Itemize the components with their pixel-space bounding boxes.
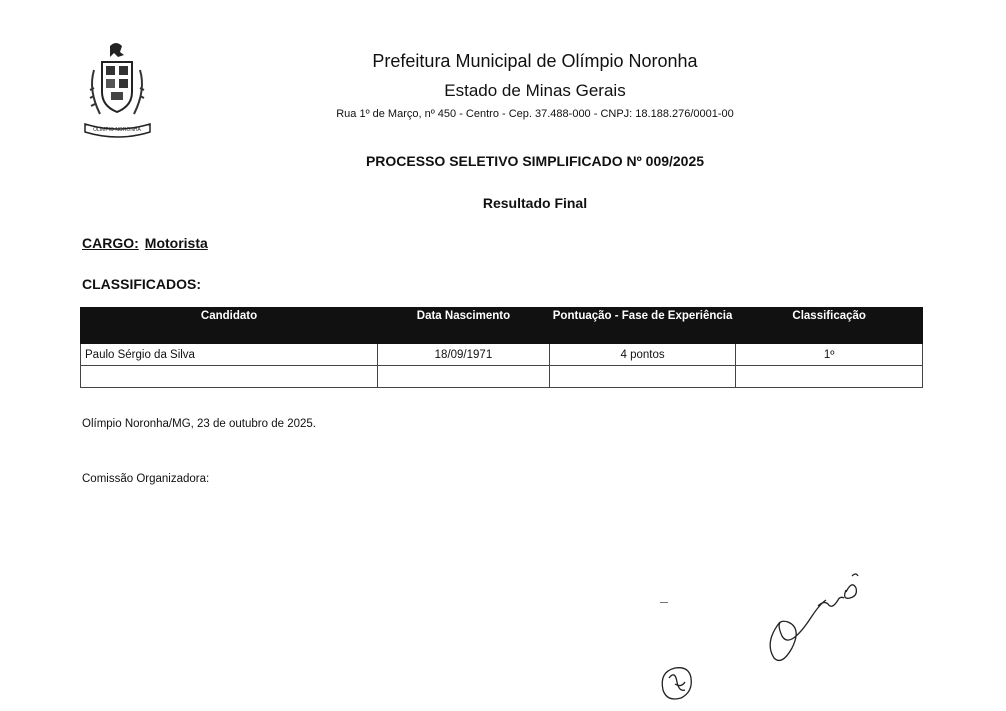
table-header-row: Candidato Data Nascimento Pontuação - Fa… — [81, 308, 923, 344]
signature-2-icon — [760, 562, 870, 672]
cell-score: 4 pontos — [549, 344, 736, 366]
committee-label: Comissão Organizadora: — [82, 473, 209, 485]
svg-text:OLÍMPIO NORONHA: OLÍMPIO NORONHA — [93, 126, 141, 133]
process-title: PROCESSO SELETIVO SIMPLIFICADO Nº 009/20… — [300, 153, 770, 169]
cell-candidate — [81, 366, 378, 388]
cargo-label: CARGO: — [82, 235, 139, 251]
state-name: Estado de Minas Gerais — [300, 81, 770, 101]
place-date: Olímpio Noronha/MG, 23 de outubro de 202… — [82, 418, 316, 430]
header-classification: Classificação — [736, 308, 923, 344]
header-candidate: Candidato — [81, 308, 378, 344]
classified-label: CLASSIFICADOS: — [82, 276, 201, 292]
signature-1-icon — [655, 660, 700, 705]
cargo-value: Motorista — [145, 235, 208, 251]
municipal-coat-of-arms-icon: OLÍMPIO NORONHA — [80, 40, 155, 140]
address-line: Rua 1º de Março, nº 450 - Centro - Cep. … — [300, 108, 770, 120]
results-table: Candidato Data Nascimento Pontuação - Fa… — [80, 307, 923, 388]
municipality-title: Prefeitura Municipal de Olímpio Noronha — [300, 51, 770, 72]
table-row: Paulo Sérgio da Silva 18/09/1971 4 ponto… — [81, 344, 923, 366]
cell-birth-date — [378, 366, 550, 388]
cell-birth-date: 18/09/1971 — [378, 344, 550, 366]
cell-classification: 1º — [736, 344, 923, 366]
cell-score — [549, 366, 736, 388]
header-birth-date: Data Nascimento — [378, 308, 550, 344]
dash-mark — [660, 602, 668, 603]
result-title: Resultado Final — [300, 195, 770, 211]
table-row — [81, 366, 923, 388]
header-score: Pontuação - Fase de Experiência — [549, 308, 736, 344]
cell-candidate: Paulo Sérgio da Silva — [81, 344, 378, 366]
cargo-line: CARGO:Motorista — [82, 235, 208, 251]
cell-classification — [736, 366, 923, 388]
